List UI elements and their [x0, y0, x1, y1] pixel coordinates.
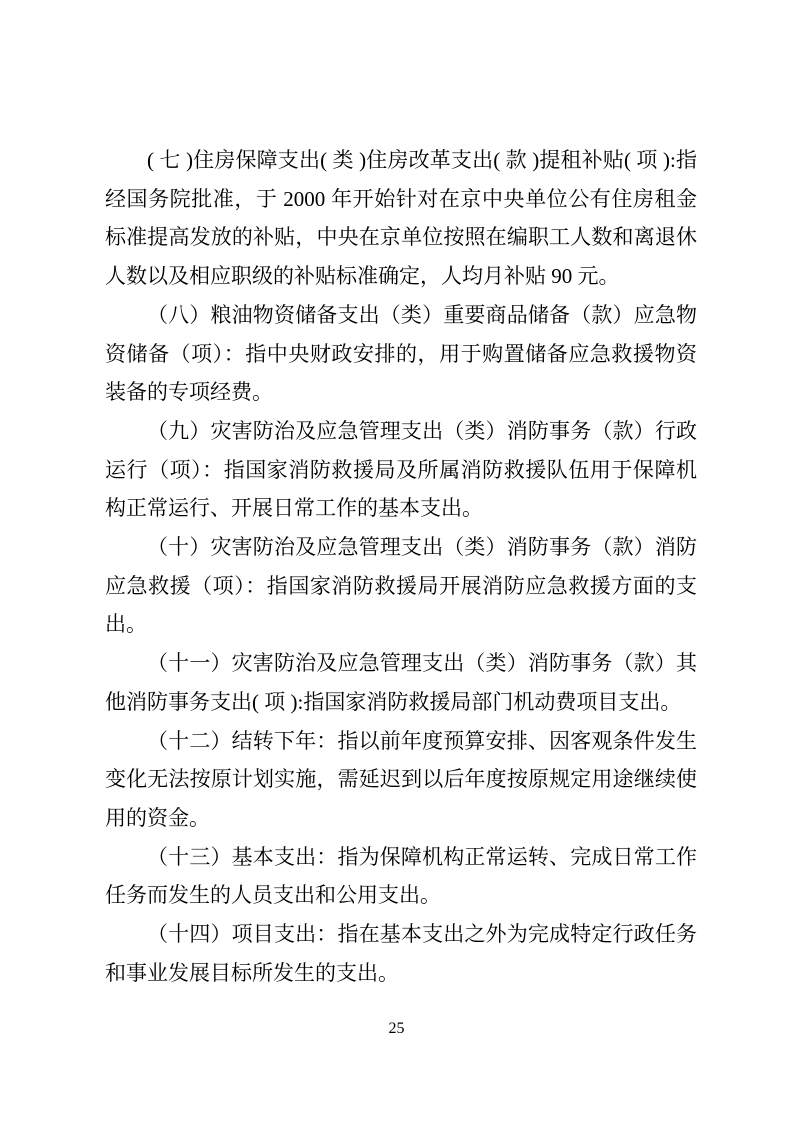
- page-number: 25: [0, 1020, 793, 1038]
- document-page: ( 七 )住房保障支出( 类 )住房改革支出( 款 )提租补贴( 项 ):指经国…: [0, 0, 793, 1122]
- paragraph-item-13: （十三）基本支出：指为保障机构正常运转、完成日常工作任务而发生的人员支出和公用支…: [105, 838, 697, 915]
- document-body: ( 七 )住房保障支出( 类 )住房改革支出( 款 )提租补贴( 项 ):指经国…: [105, 141, 697, 992]
- paragraph-item-14: （十四）项目支出：指在基本支出之外为完成特定行政任务和事业发展目标所发生的支出。: [105, 915, 697, 992]
- paragraph-item-8: （八）粮油物资储备支出（类）重要商品储备（款）应急物资储备（项）：指中央财政安排…: [105, 296, 697, 412]
- paragraph-item-10: （十）灾害防治及应急管理支出（类）消防事务（款）消防应急救援（项）：指国家消防救…: [105, 528, 697, 644]
- paragraph-item-9: （九）灾害防治及应急管理支出（类）消防事务（款）行政运行（项）：指国家消防救援局…: [105, 412, 697, 528]
- paragraph-item-12: （十二）结转下年：指以前年度预算安排、因客观条件发生变化无法按原计划实施，需延迟…: [105, 722, 697, 838]
- paragraph-item-7: ( 七 )住房保障支出( 类 )住房改革支出( 款 )提租补贴( 项 ):指经国…: [105, 141, 697, 296]
- paragraph-item-11: （十一）灾害防治及应急管理支出（类）消防事务（款）其他消防事务支出( 项 ):指…: [105, 644, 697, 721]
